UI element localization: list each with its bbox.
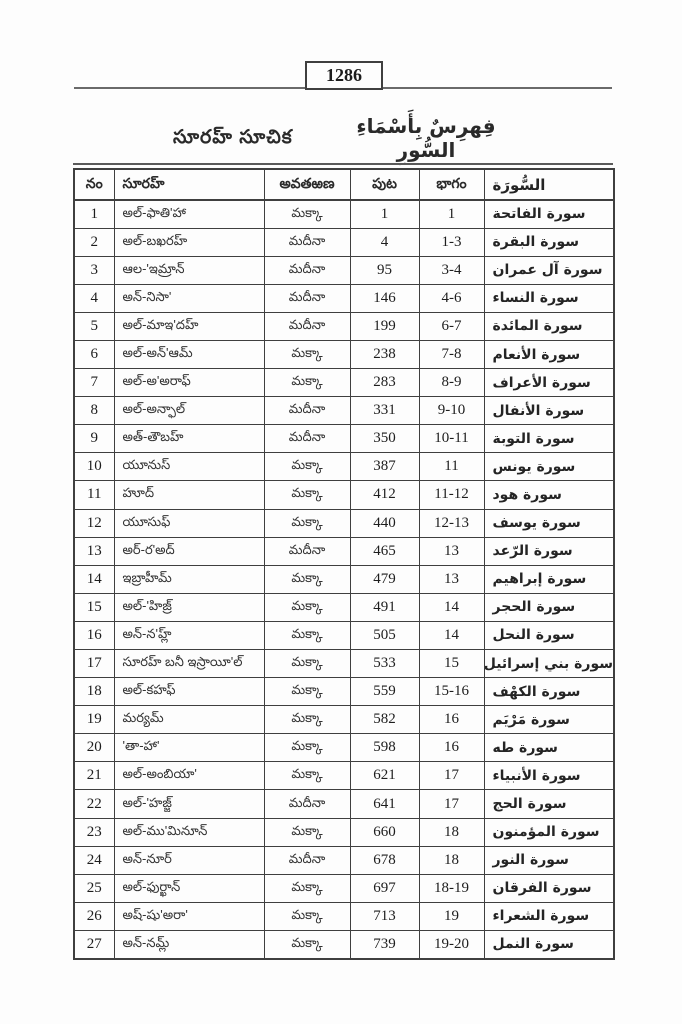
table-row: 9 అత్-తౌబహ్ మదీనా 350 10-11 سورة التوبة [74,425,614,453]
row-number-cell: 27 [74,930,114,958]
revelation-place-cell: మదీనా [264,790,350,818]
surah-name-cell: అన్-నూర్ [114,846,264,874]
surah-name-cell: హూద్ [114,481,264,509]
table-top-rule [73,163,613,165]
page-number-cell: 678 [350,846,419,874]
revelation-place-cell: మక్కా [264,650,350,678]
revelation-place-cell: మదీనా [264,846,350,874]
table-row: 3 ఆల-'ఇమ్రాన్ మదీనా 95 3-4 سورة آل عمران [74,256,614,284]
part-number-cell: 13 [419,565,484,593]
row-number-cell: 16 [74,621,114,649]
part-number-cell: 7-8 [419,340,484,368]
surah-name-cell: ఆల-'ఇమ్రాన్ [114,256,264,284]
surah-name-cell: యూనుస్ [114,453,264,481]
table-row: 25 అల్-ఫుర్ఖాన్ మక్కా 697 18-19 سورة الف… [74,874,614,902]
col-header-surah: సూరహ్ [114,169,264,200]
page-number-cell: 739 [350,930,419,958]
table-row: 13 అర్-ర'అద్ మదీనా 465 13 سورة الرّعد [74,537,614,565]
row-number-cell: 26 [74,902,114,930]
table-header-row: నం సూరహ్ అవతఱణ పుట భాగం السُّورَة [74,169,614,200]
page-number-cell: 387 [350,453,419,481]
part-number-cell: 9-10 [419,397,484,425]
revelation-place-cell: మదీనా [264,312,350,340]
page-number-cell: 4 [350,228,419,256]
col-header-part: భాగం [419,169,484,200]
revelation-place-cell: మక్కా [264,481,350,509]
revelation-place-cell: మక్కా [264,762,350,790]
page-number-cell: 440 [350,509,419,537]
surah-name-cell: అల్-అంబియా' [114,762,264,790]
revelation-place-cell: మదీనా [264,537,350,565]
arabic-name-cell: سورة الأنعام [484,340,614,368]
surah-name-cell: అల్-అన్ఫాల్ [114,397,264,425]
arabic-name-cell: سورة آل عمران [484,256,614,284]
page-number-cell: 350 [350,425,419,453]
arabic-name-cell: سورة النحل [484,621,614,649]
arabic-name-cell: سورة الفاتحة [484,200,614,228]
table-row: 17 సూరహ్ బనీ ఇస్రాయీ'ల్ మక్కా 533 15 سور… [74,650,614,678]
surah-name-cell: అల్-'హజ్జ్ [114,790,264,818]
part-number-cell: 1 [419,200,484,228]
part-number-cell: 8-9 [419,369,484,397]
arabic-name-cell: سورة الحجر [484,593,614,621]
table-row: 2 అల్-బఖరహ్ మదీనా 4 1-3 سورة البقرة [74,228,614,256]
arabic-name-cell: سورة النمل [484,930,614,958]
arabic-name-cell: سورة المائدة [484,312,614,340]
part-number-cell: 15 [419,650,484,678]
part-number-cell: 17 [419,762,484,790]
arabic-name-cell: سورة يونس [484,453,614,481]
index-title-telugu: సూరహ్ సూచిక [173,127,293,153]
surah-name-cell: అల్-'హిజ్ర్ [114,593,264,621]
revelation-place-cell: మక్కా [264,818,350,846]
row-number-cell: 6 [74,340,114,368]
page-number-cell: 660 [350,818,419,846]
table-row: 21 అల్-అంబియా' మక్కా 621 17 سورة الأنبيا… [74,762,614,790]
table-row: 22 అల్-'హజ్జ్ మదీనా 641 17 سورة الحج [74,790,614,818]
page-number-cell: 95 [350,256,419,284]
arabic-name-cell: سورة الرّعد [484,537,614,565]
table-row: 15 అల్-'హిజ్ర్ మక్కా 491 14 سورة الحجر [74,593,614,621]
col-header-revelation: అవతఱణ [264,169,350,200]
page-number-cell: 238 [350,340,419,368]
page-number: 1286 [326,65,362,86]
part-number-cell: 10-11 [419,425,484,453]
arabic-name-cell: سورة الأعراف [484,369,614,397]
surah-index-table: నం సూరహ్ అవతఱణ పుట భాగం السُّورَة 1 అల్-… [73,168,615,960]
revelation-place-cell: మదీనా [264,425,350,453]
part-number-cell: 12-13 [419,509,484,537]
arabic-name-cell: سورة مَرْيَم [484,706,614,734]
part-number-cell: 15-16 [419,678,484,706]
table-row: 11 హూద్ మక్కా 412 11-12 سورة هود [74,481,614,509]
page-number-cell: 559 [350,678,419,706]
surah-name-cell: సూరహ్ బనీ ఇస్రాయీ'ల్ [114,650,264,678]
table-row: 14 ఇబ్రాహీమ్ మక్కా 479 13 سورة إبراهيم [74,565,614,593]
part-number-cell: 17 [419,790,484,818]
row-number-cell: 24 [74,846,114,874]
page-number-cell: 283 [350,369,419,397]
surah-name-cell: మర్యమ్ [114,706,264,734]
part-number-cell: 6-7 [419,312,484,340]
page-number-cell: 505 [350,621,419,649]
part-number-cell: 18 [419,818,484,846]
surah-name-cell: ఇబ్రాహీమ్ [114,565,264,593]
arabic-name-cell: سورة النور [484,846,614,874]
part-number-cell: 3-4 [419,256,484,284]
row-number-cell: 7 [74,369,114,397]
row-number-cell: 5 [74,312,114,340]
table-row: 23 అల్-ము'మినూన్ మక్కా 660 18 سورة المؤم… [74,818,614,846]
page-number-cell: 1 [350,200,419,228]
col-header-number: నం [74,169,114,200]
page-number-cell: 479 [350,565,419,593]
table-row: 7 అల్-అ'అరాఫ్ మక్కా 283 8-9 سورة الأعراف [74,369,614,397]
table-row: 24 అన్-నూర్ మదీనా 678 18 سورة النور [74,846,614,874]
arabic-name-cell: سورة يوسف [484,509,614,537]
arabic-name-cell: سورة هود [484,481,614,509]
part-number-cell: 18 [419,846,484,874]
part-number-cell: 18-19 [419,874,484,902]
part-number-cell: 19 [419,902,484,930]
revelation-place-cell: మక్కా [264,874,350,902]
row-number-cell: 15 [74,593,114,621]
arabic-name-cell: سورة الشعراء [484,902,614,930]
surah-name-cell: అల్-అ'అరాఫ్ [114,369,264,397]
row-number-cell: 3 [74,256,114,284]
table-row: 16 అన్-న'హ్ల్ మక్కా 505 14 سورة النحل [74,621,614,649]
page-number-cell: 331 [350,397,419,425]
table-row: 12 యూసుఫ్ మక్కా 440 12-13 سورة يوسف [74,509,614,537]
surah-name-cell: అష్-షు'అరా' [114,902,264,930]
part-number-cell: 11 [419,453,484,481]
arabic-name-cell: سورة الفرقان [484,874,614,902]
row-number-cell: 4 [74,284,114,312]
table-body: 1 అల్-ఫాతి'హా మక్కా 1 1 سورة الفاتحة 2 అ… [74,200,614,959]
page-number-cell: 582 [350,706,419,734]
revelation-place-cell: మక్కా [264,930,350,958]
surah-name-cell: అన్-నమ్ల్ [114,930,264,958]
revelation-place-cell: మక్కా [264,706,350,734]
table-row: 27 అన్-నమ్ల్ మక్కా 739 19-20 سورة النمل [74,930,614,958]
surah-name-cell: అల్-బఖరహ్ [114,228,264,256]
col-header-arabic-name: السُّورَة [484,169,614,200]
revelation-place-cell: మక్కా [264,621,350,649]
page-number-cell: 491 [350,593,419,621]
part-number-cell: 1-3 [419,228,484,256]
index-title-arabic: فِهرِسٌ بِأَسْمَاءِ السُّورِ [345,114,507,162]
surah-name-cell: అల్-ఫుర్ఖాన్ [114,874,264,902]
page-number-cell: 621 [350,762,419,790]
surah-name-cell: అల్-అన్'ఆమ్ [114,340,264,368]
arabic-name-cell: سورة الأنبياء [484,762,614,790]
arabic-name-cell: سورة النساء [484,284,614,312]
revelation-place-cell: మక్కా [264,340,350,368]
part-number-cell: 4-6 [419,284,484,312]
part-number-cell: 16 [419,706,484,734]
page-number-cell: 598 [350,734,419,762]
arabic-name-cell: سورة المؤمنون [484,818,614,846]
row-number-cell: 11 [74,481,114,509]
surah-name-cell: అన్-నిసా' [114,284,264,312]
table-row: 10 యూనుస్ మక్కా 387 11 سورة يونس [74,453,614,481]
page-number-cell: 533 [350,650,419,678]
part-number-cell: 16 [419,734,484,762]
part-number-cell: 13 [419,537,484,565]
arabic-name-cell: سورة بني إسرائيل [484,650,614,678]
revelation-place-cell: మక్కా [264,678,350,706]
row-number-cell: 10 [74,453,114,481]
arabic-name-cell: سورة الكهْف [484,678,614,706]
revelation-place-cell: మక్కా [264,593,350,621]
arabic-name-cell: سورة البقرة [484,228,614,256]
revelation-place-cell: మదీనా [264,256,350,284]
revelation-place-cell: మదీనా [264,397,350,425]
revelation-place-cell: మక్కా [264,369,350,397]
part-number-cell: 11-12 [419,481,484,509]
table-row: 26 అష్-షు'అరా' మక్కా 713 19 سورة الشعراء [74,902,614,930]
page-number-cell: 465 [350,537,419,565]
surah-name-cell: అర్-ర'అద్ [114,537,264,565]
table-row: 19 మర్యమ్ మక్కా 582 16 سورة مَرْيَم [74,706,614,734]
row-number-cell: 17 [74,650,114,678]
row-number-cell: 23 [74,818,114,846]
surah-name-cell: 'తా-హా' [114,734,264,762]
revelation-place-cell: మక్కా [264,200,350,228]
revelation-place-cell: మక్కా [264,565,350,593]
table-row: 20 'తా-హా' మక్కా 598 16 سورة طه [74,734,614,762]
page-number-cell: 199 [350,312,419,340]
row-number-cell: 13 [74,537,114,565]
surah-name-cell: యూసుఫ్ [114,509,264,537]
table-row: 8 అల్-అన్ఫాల్ మదీనా 331 9-10 سورة الأنفا… [74,397,614,425]
table-row: 1 అల్-ఫాతి'హా మక్కా 1 1 سورة الفاتحة [74,200,614,228]
surah-name-cell: అల్-ము'మినూన్ [114,818,264,846]
arabic-name-cell: سورة طه [484,734,614,762]
page-number-box: 1286 [305,61,383,90]
revelation-place-cell: మక్కా [264,509,350,537]
table-row: 4 అన్-నిసా' మదీనా 146 4-6 سورة النساء [74,284,614,312]
arabic-name-cell: سورة إبراهيم [484,565,614,593]
revelation-place-cell: మదీనా [264,228,350,256]
revelation-place-cell: మక్కా [264,453,350,481]
page-number-cell: 641 [350,790,419,818]
row-number-cell: 25 [74,874,114,902]
revelation-place-cell: మదీనా [264,284,350,312]
row-number-cell: 20 [74,734,114,762]
surah-name-cell: అన్-న'హ్ల్ [114,621,264,649]
part-number-cell: 14 [419,621,484,649]
col-header-page: పుట [350,169,419,200]
book-page: 1286 సూరహ్ సూచిక فِهرِسٌ بِأَسْمَاءِ الس… [0,0,682,1024]
part-number-cell: 19-20 [419,930,484,958]
row-number-cell: 21 [74,762,114,790]
surah-name-cell: అల్-మాఇ'దహ్ [114,312,264,340]
table-row: 18 అల్-కహఫ్ మక్కా 559 15-16 سورة الكهْف [74,678,614,706]
arabic-name-cell: سورة التوبة [484,425,614,453]
table-row: 5 అల్-మాఇ'దహ్ మదీనా 199 6-7 سورة المائدة [74,312,614,340]
row-number-cell: 2 [74,228,114,256]
arabic-name-cell: سورة الأنفال [484,397,614,425]
page-number-cell: 713 [350,902,419,930]
surah-name-cell: అల్-ఫాతి'హా [114,200,264,228]
page-number-cell: 697 [350,874,419,902]
revelation-place-cell: మక్కా [264,902,350,930]
row-number-cell: 19 [74,706,114,734]
table-row: 6 అల్-అన్'ఆమ్ మక్కా 238 7-8 سورة الأنعام [74,340,614,368]
row-number-cell: 12 [74,509,114,537]
row-number-cell: 9 [74,425,114,453]
part-number-cell: 14 [419,593,484,621]
arabic-name-cell: سورة الحج [484,790,614,818]
surah-name-cell: అల్-కహఫ్ [114,678,264,706]
row-number-cell: 22 [74,790,114,818]
page-number-cell: 412 [350,481,419,509]
surah-name-cell: అత్-తౌబహ్ [114,425,264,453]
row-number-cell: 1 [74,200,114,228]
row-number-cell: 8 [74,397,114,425]
row-number-cell: 18 [74,678,114,706]
page-number-cell: 146 [350,284,419,312]
row-number-cell: 14 [74,565,114,593]
revelation-place-cell: మక్కా [264,734,350,762]
